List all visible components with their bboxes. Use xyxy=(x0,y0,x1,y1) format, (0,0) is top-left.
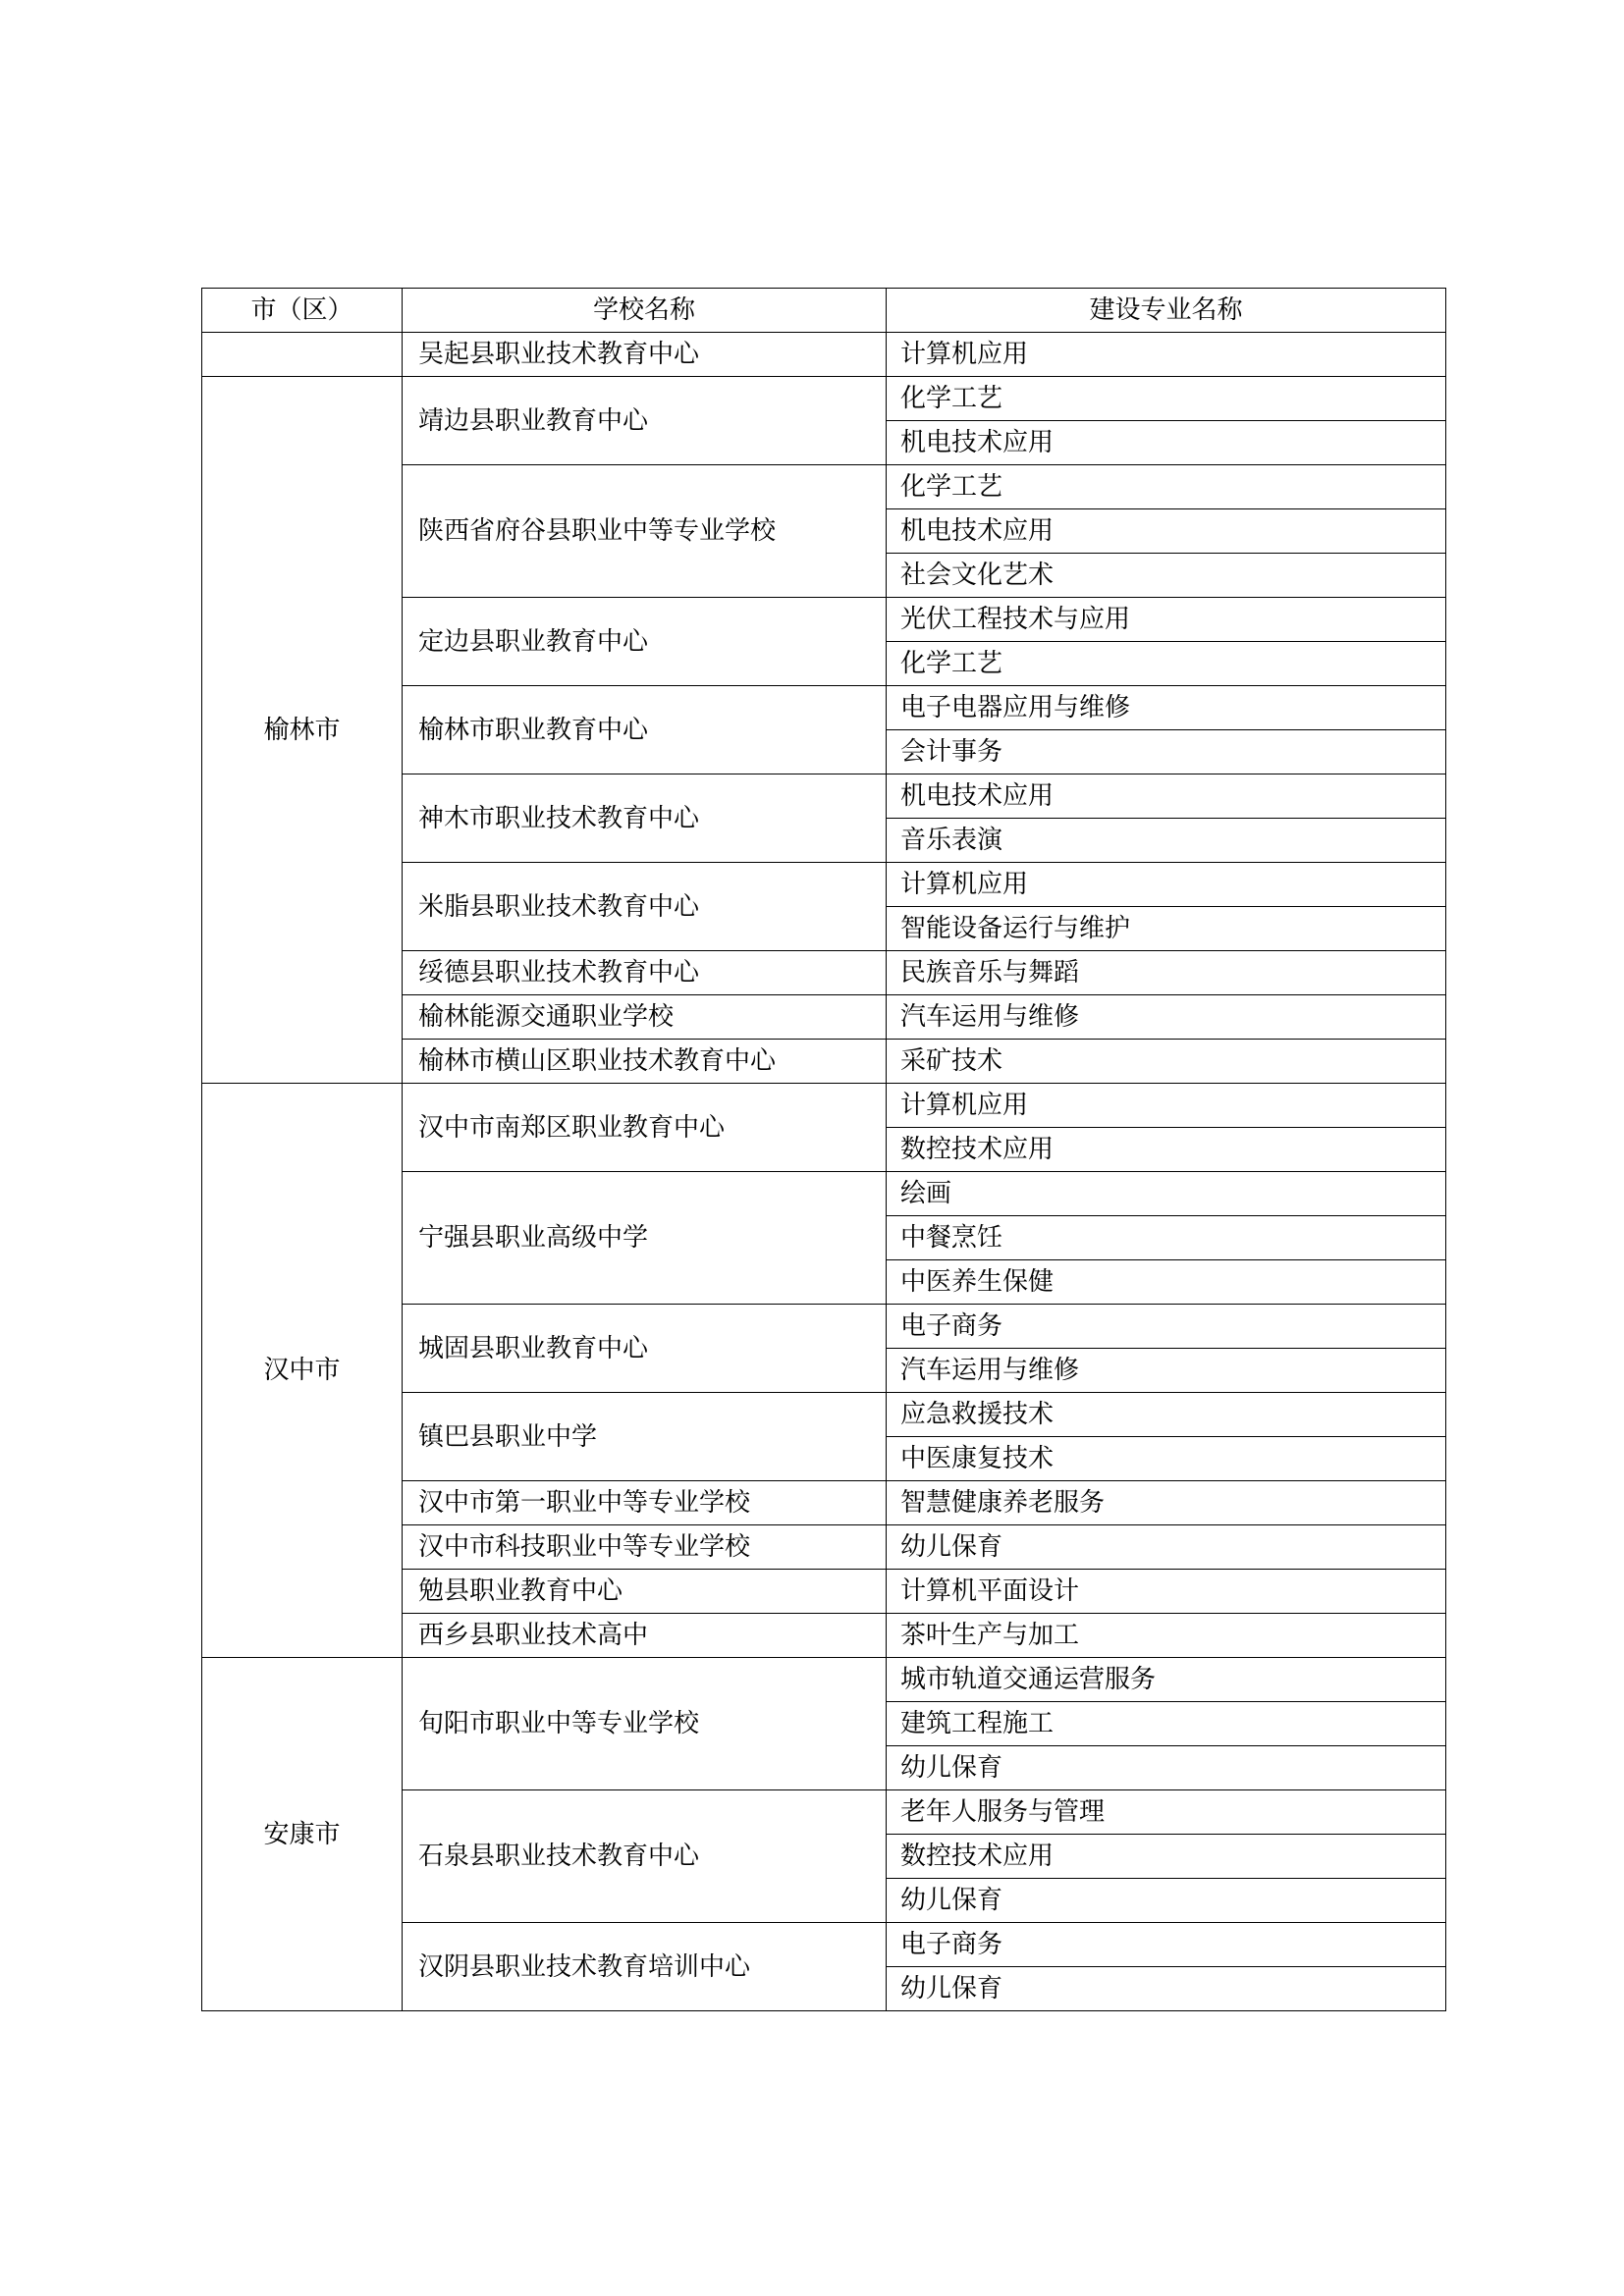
major-name-cell: 化学工艺 xyxy=(887,642,1446,686)
major-name-cell: 社会文化艺术 xyxy=(887,554,1446,598)
school-name-cell: 神木市职业技术教育中心 xyxy=(403,774,887,863)
header-city: 市（区） xyxy=(202,289,403,333)
major-name-cell: 电子电器应用与维修 xyxy=(887,686,1446,730)
table-row: 安康市旬阳市职业中等专业学校城市轨道交通运营服务 xyxy=(202,1658,1446,1702)
school-name-cell: 靖边县职业教育中心 xyxy=(403,377,887,465)
major-name-cell: 电子商务 xyxy=(887,1923,1446,1967)
school-name-cell: 汉中市科技职业中等专业学校 xyxy=(403,1525,887,1570)
major-name-cell: 采矿技术 xyxy=(887,1040,1446,1084)
school-name-cell: 榆林市横山区职业技术教育中心 xyxy=(403,1040,887,1084)
school-name-cell: 定边县职业教育中心 xyxy=(403,598,887,686)
city-cell xyxy=(202,333,403,377)
school-name-cell: 汉阴县职业技术教育培训中心 xyxy=(403,1923,887,2011)
major-name-cell: 化学工艺 xyxy=(887,377,1446,421)
major-name-cell: 中医康复技术 xyxy=(887,1437,1446,1481)
school-name-cell: 吴起县职业技术教育中心 xyxy=(403,333,887,377)
major-name-cell: 机电技术应用 xyxy=(887,421,1446,465)
major-name-cell: 机电技术应用 xyxy=(887,509,1446,554)
major-name-cell: 计算机应用 xyxy=(887,863,1446,907)
major-name-cell: 数控技术应用 xyxy=(887,1835,1446,1879)
table-row: 汉中市汉中市南郑区职业教育中心计算机应用 xyxy=(202,1084,1446,1128)
major-name-cell: 汽车运用与维修 xyxy=(887,995,1446,1040)
major-name-cell: 幼儿保育 xyxy=(887,1879,1446,1923)
major-name-cell: 化学工艺 xyxy=(887,465,1446,509)
major-name-cell: 计算机应用 xyxy=(887,333,1446,377)
school-name-cell: 榆林能源交通职业学校 xyxy=(403,995,887,1040)
city-cell: 安康市 xyxy=(202,1658,403,2011)
major-name-cell: 应急救援技术 xyxy=(887,1393,1446,1437)
school-name-cell: 宁强县职业高级中学 xyxy=(403,1172,887,1305)
major-name-cell: 中医养生保健 xyxy=(887,1260,1446,1305)
major-name-cell: 绘画 xyxy=(887,1172,1446,1216)
city-cell: 汉中市 xyxy=(202,1084,403,1658)
school-name-cell: 陕西省府谷县职业中等专业学校 xyxy=(403,465,887,598)
major-name-cell: 音乐表演 xyxy=(887,819,1446,863)
school-name-cell: 西乡县职业技术高中 xyxy=(403,1614,887,1658)
major-name-cell: 会计事务 xyxy=(887,730,1446,774)
school-name-cell: 榆林市职业教育中心 xyxy=(403,686,887,774)
school-majors-table: 市（区） 学校名称 建设专业名称 吴起县职业技术教育中心计算机应用榆林市靖边县职… xyxy=(201,288,1446,2011)
school-name-cell: 镇巴县职业中学 xyxy=(403,1393,887,1481)
major-name-cell: 计算机平面设计 xyxy=(887,1570,1446,1614)
header-school: 学校名称 xyxy=(403,289,887,333)
major-name-cell: 老年人服务与管理 xyxy=(887,1790,1446,1835)
major-name-cell: 茶叶生产与加工 xyxy=(887,1614,1446,1658)
header-row: 市（区） 学校名称 建设专业名称 xyxy=(202,289,1446,333)
major-name-cell: 电子商务 xyxy=(887,1305,1446,1349)
major-name-cell: 光伏工程技术与应用 xyxy=(887,598,1446,642)
school-name-cell: 米脂县职业技术教育中心 xyxy=(403,863,887,951)
school-name-cell: 旬阳市职业中等专业学校 xyxy=(403,1658,887,1790)
major-name-cell: 幼儿保育 xyxy=(887,1525,1446,1570)
major-name-cell: 汽车运用与维修 xyxy=(887,1349,1446,1393)
major-name-cell: 民族音乐与舞蹈 xyxy=(887,951,1446,995)
table-row: 吴起县职业技术教育中心计算机应用 xyxy=(202,333,1446,377)
header-major: 建设专业名称 xyxy=(887,289,1446,333)
major-name-cell: 城市轨道交通运营服务 xyxy=(887,1658,1446,1702)
major-name-cell: 数控技术应用 xyxy=(887,1128,1446,1172)
school-name-cell: 石泉县职业技术教育中心 xyxy=(403,1790,887,1923)
school-name-cell: 勉县职业教育中心 xyxy=(403,1570,887,1614)
school-name-cell: 汉中市第一职业中等专业学校 xyxy=(403,1481,887,1525)
table-body: 吴起县职业技术教育中心计算机应用榆林市靖边县职业教育中心化学工艺机电技术应用陕西… xyxy=(202,333,1446,2011)
school-name-cell: 城固县职业教育中心 xyxy=(403,1305,887,1393)
city-cell: 榆林市 xyxy=(202,377,403,1084)
school-name-cell: 汉中市南郑区职业教育中心 xyxy=(403,1084,887,1172)
major-name-cell: 幼儿保育 xyxy=(887,1746,1446,1790)
major-name-cell: 幼儿保育 xyxy=(887,1967,1446,2011)
major-name-cell: 智慧健康养老服务 xyxy=(887,1481,1446,1525)
table-row: 榆林市靖边县职业教育中心化学工艺 xyxy=(202,377,1446,421)
major-name-cell: 中餐烹饪 xyxy=(887,1216,1446,1260)
major-name-cell: 建筑工程施工 xyxy=(887,1702,1446,1746)
major-name-cell: 机电技术应用 xyxy=(887,774,1446,819)
school-name-cell: 绥德县职业技术教育中心 xyxy=(403,951,887,995)
major-name-cell: 智能设备运行与维护 xyxy=(887,907,1446,951)
major-name-cell: 计算机应用 xyxy=(887,1084,1446,1128)
